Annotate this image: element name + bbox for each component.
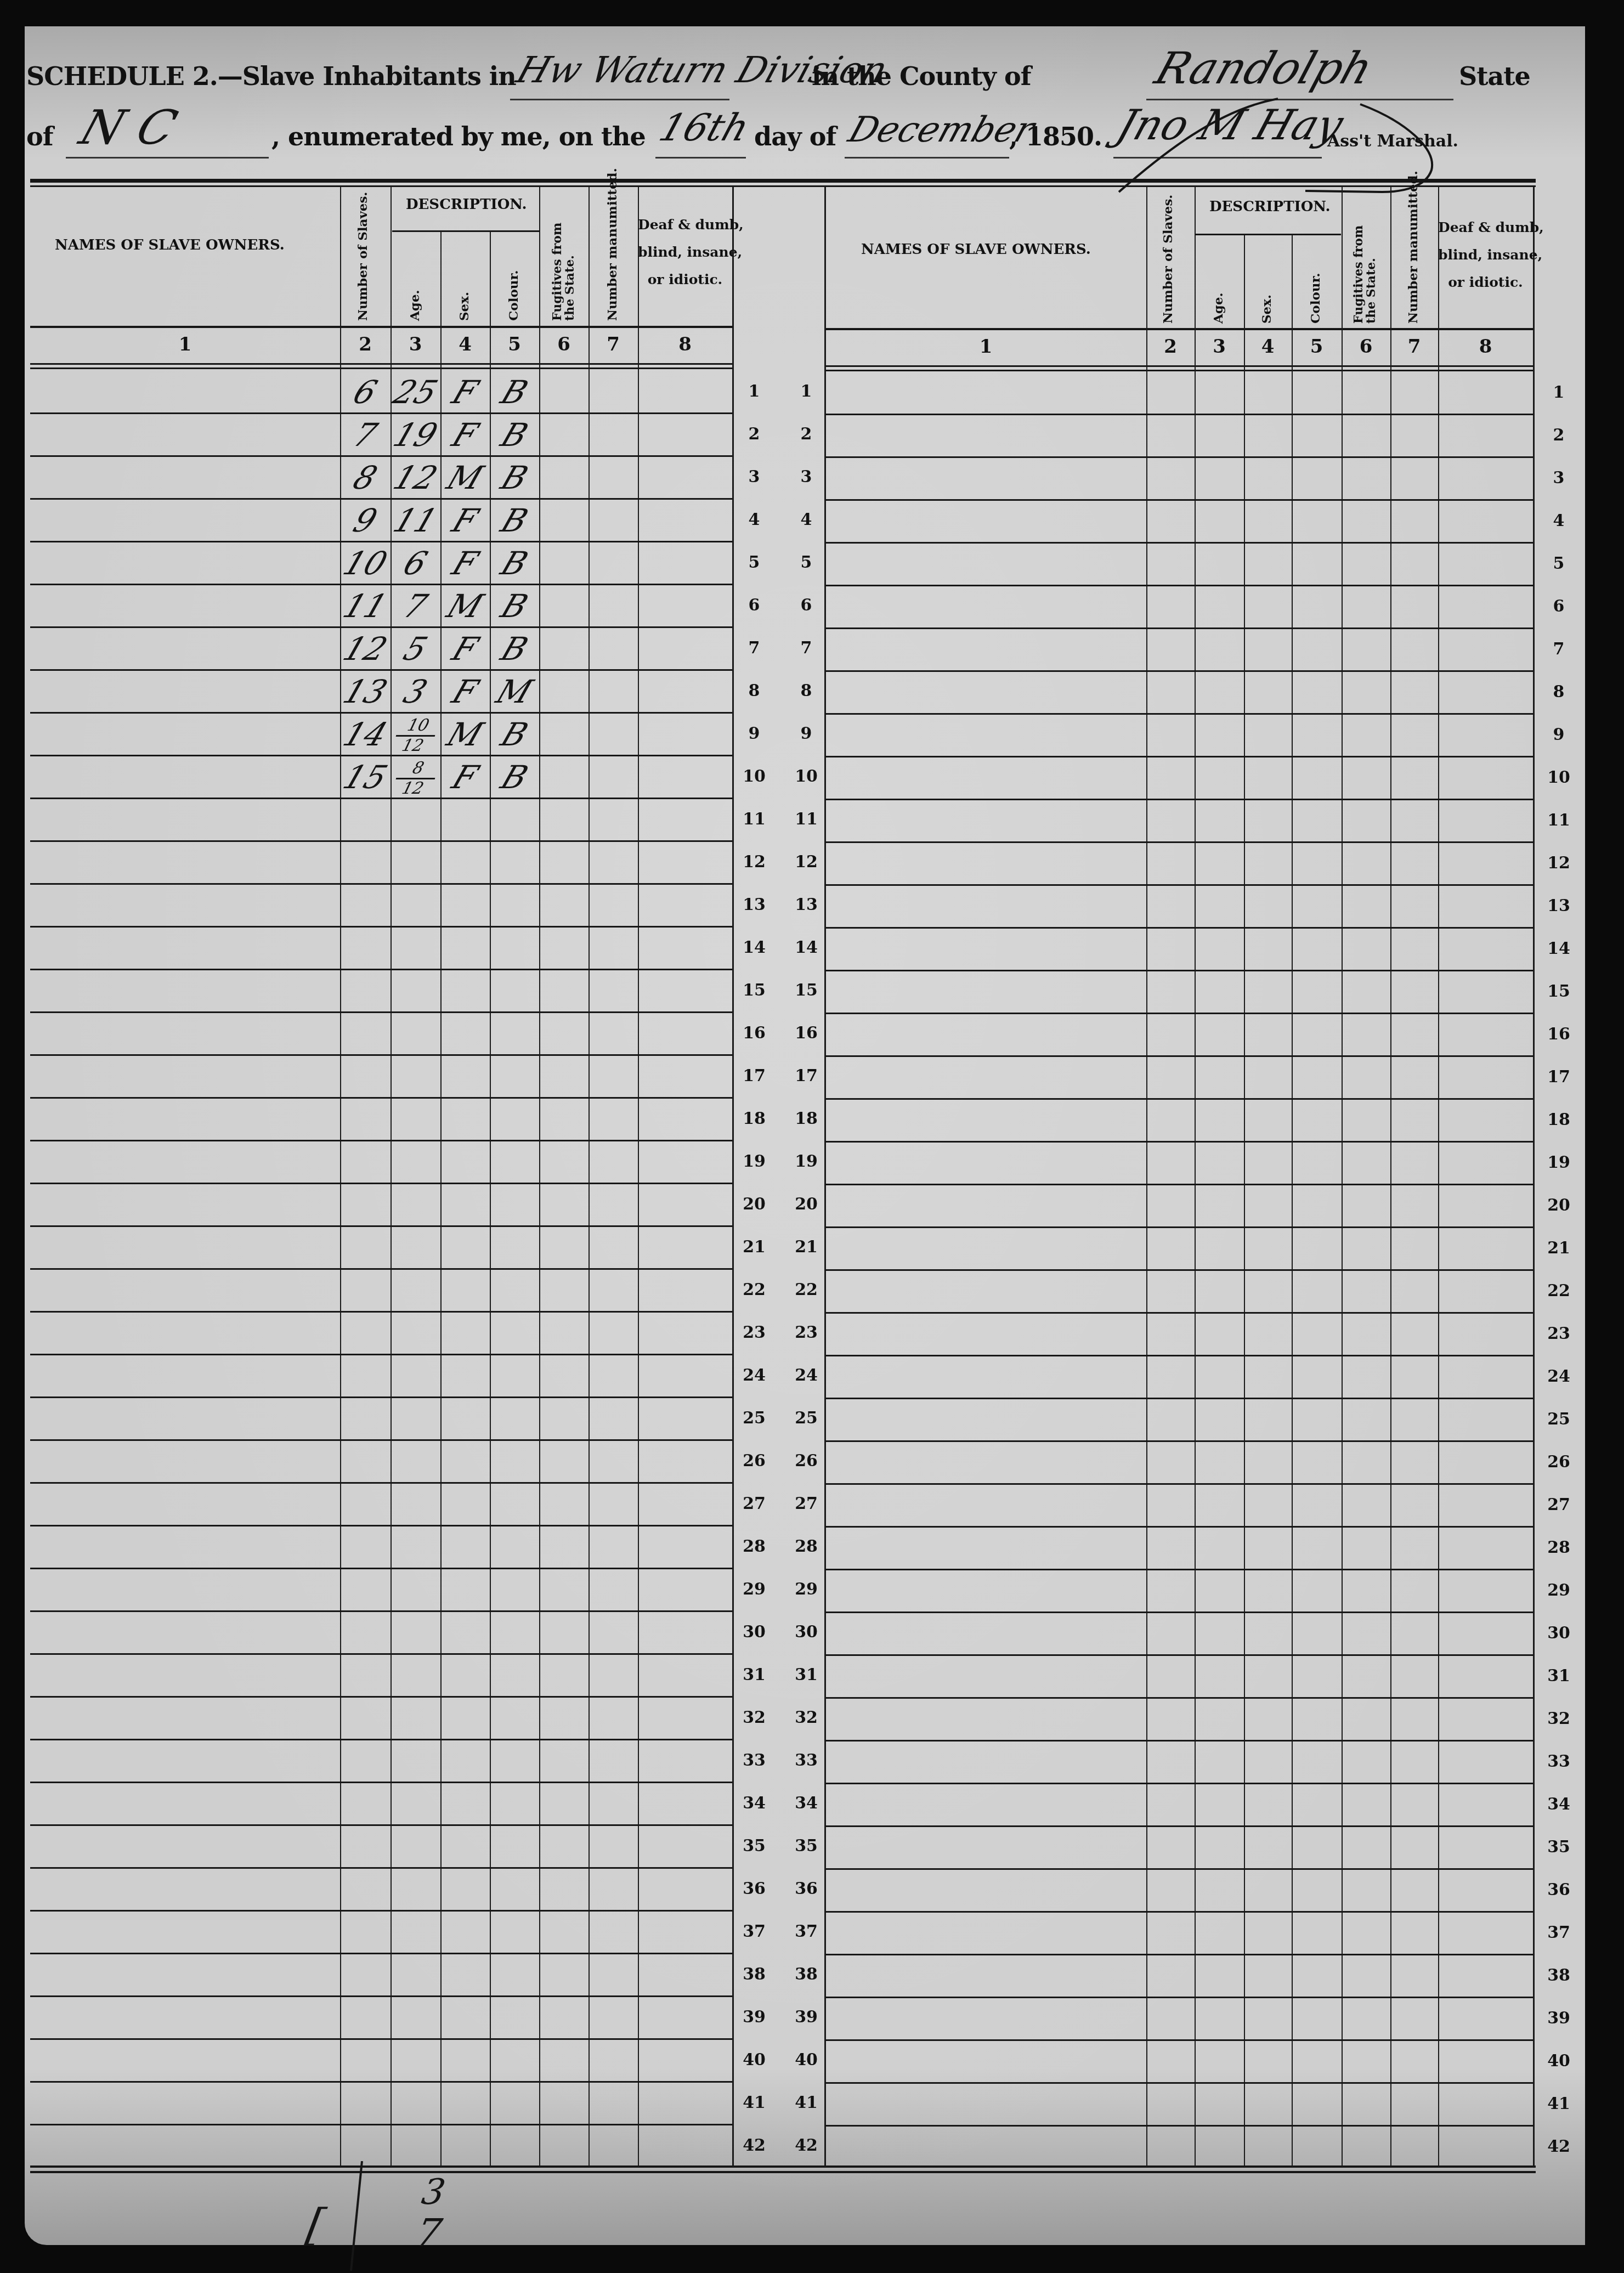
right-fugitives-cell bbox=[1342, 1825, 1390, 1868]
right-number-cell bbox=[1146, 1740, 1195, 1783]
right-number-cell bbox=[1146, 585, 1195, 627]
left-age-cell bbox=[391, 799, 440, 841]
right-colnum-5: 5 bbox=[1292, 336, 1342, 358]
left-owner-name-cell bbox=[30, 1184, 340, 1226]
left-manumitted-cell bbox=[589, 1997, 638, 2039]
right-age-cell bbox=[1195, 627, 1244, 670]
left-deaf-blind-cell bbox=[638, 1226, 732, 1269]
left-manumitted-cell bbox=[589, 2039, 638, 2082]
left-deaf-blind-cell bbox=[638, 1825, 732, 1868]
row-number-left-strip: 33 bbox=[738, 1751, 771, 1770]
right-colour-cell bbox=[1292, 927, 1342, 970]
left-owner-name-cell bbox=[30, 1954, 340, 1997]
right-age-cell bbox=[1195, 1612, 1244, 1654]
left-fugitives-cell bbox=[539, 456, 589, 499]
right-owner-name-cell bbox=[825, 1697, 1146, 1740]
right-owner-name-cell bbox=[825, 1226, 1146, 1269]
right-fugitives-cell bbox=[1342, 1526, 1390, 1569]
right-header-sex: Sex. bbox=[1260, 277, 1274, 324]
left-colour-cell bbox=[490, 1312, 539, 1355]
right-owner-name-cell bbox=[825, 414, 1146, 456]
row-number-left-strip: 18 bbox=[738, 1109, 771, 1128]
row-number-right-strip: 33 bbox=[790, 1751, 823, 1770]
left-age-cell bbox=[391, 970, 440, 1013]
right-number-cell bbox=[1146, 2082, 1195, 2125]
right-sex-cell bbox=[1244, 1312, 1292, 1355]
right-age-cell bbox=[1195, 2082, 1244, 2125]
left-deaf-blind-cell bbox=[638, 970, 732, 1013]
right-sex-cell bbox=[1244, 1612, 1292, 1654]
right-sex-cell bbox=[1244, 1098, 1292, 1141]
right-colour-cell bbox=[1292, 1098, 1342, 1141]
right-sex-cell bbox=[1244, 371, 1292, 414]
left-sex-cell bbox=[440, 1055, 490, 1098]
right-fugitives-cell bbox=[1342, 1783, 1390, 1825]
right-header-description: DESCRIPTION. bbox=[1209, 199, 1330, 215]
left-fugitives-cell bbox=[539, 1398, 589, 1440]
right-age-cell bbox=[1195, 1141, 1244, 1184]
left-fugitives-cell bbox=[539, 1911, 589, 1954]
right-age-cell bbox=[1195, 841, 1244, 884]
left-deaf-blind-cell bbox=[638, 371, 732, 414]
right-colour-cell bbox=[1292, 1355, 1342, 1398]
right-fugitives-cell bbox=[1342, 1954, 1390, 1997]
of-label: of bbox=[26, 122, 53, 151]
row-number-right-strip: 12 bbox=[790, 852, 823, 872]
right-owner-name-cell bbox=[825, 1269, 1146, 1312]
left-colnum-rule-1 bbox=[30, 363, 732, 365]
left-sex-cell bbox=[440, 1355, 490, 1398]
row-number-right-strip: 23 bbox=[790, 1323, 823, 1342]
right-sex-cell bbox=[1244, 1483, 1292, 1526]
left-deaf-blind-cell bbox=[638, 1398, 732, 1440]
row-number-right-strip: 26 bbox=[790, 1451, 823, 1471]
right-fugitives-cell bbox=[1342, 1355, 1390, 1398]
left-deaf-blind-cell bbox=[638, 884, 732, 927]
right-colour-cell bbox=[1292, 841, 1342, 884]
left-colnum-4: 4 bbox=[440, 333, 490, 355]
right-age-cell bbox=[1195, 585, 1244, 627]
left-colnum-2: 2 bbox=[340, 333, 391, 355]
left-colour-cell bbox=[490, 1184, 539, 1226]
row-number-right-margin: 17 bbox=[1542, 1067, 1575, 1087]
row-number-right-strip: 2 bbox=[790, 425, 823, 444]
right-age-cell bbox=[1195, 970, 1244, 1013]
left-number-cell bbox=[340, 1697, 391, 1740]
right-sex-cell bbox=[1244, 1868, 1292, 1911]
row-number-right-margin: 11 bbox=[1542, 811, 1575, 830]
right-age-cell bbox=[1195, 1868, 1244, 1911]
row-number-left-strip: 17 bbox=[738, 1066, 771, 1085]
left-manumitted-cell bbox=[589, 884, 638, 927]
row-number-left-strip: 5 bbox=[738, 553, 771, 572]
row-number-right-margin: 37 bbox=[1542, 1923, 1575, 1942]
right-owner-name-cell bbox=[825, 1868, 1146, 1911]
left-owner-name-cell bbox=[30, 585, 340, 627]
row-number-right-margin: 10 bbox=[1542, 768, 1575, 787]
row-number-right-strip: 22 bbox=[790, 1280, 823, 1299]
right-deaf-blind-cell bbox=[1438, 884, 1533, 927]
row-number-left-strip: 12 bbox=[738, 852, 771, 872]
year-label: , 1850. bbox=[1009, 122, 1102, 151]
left-sex-cell bbox=[440, 1440, 490, 1483]
right-colour-cell bbox=[1292, 1697, 1342, 1740]
left-colnum-7: 7 bbox=[589, 333, 638, 355]
left-number-cell bbox=[340, 1055, 391, 1098]
row-number-left-strip: 6 bbox=[738, 596, 771, 615]
right-age-cell bbox=[1195, 1911, 1244, 1954]
right-header-age: Age. bbox=[1212, 277, 1225, 324]
right-deaf-blind-cell bbox=[1438, 713, 1533, 756]
left-deaf-blind-cell bbox=[638, 542, 732, 585]
left-owner-name-cell bbox=[30, 799, 340, 841]
left-header-description: DESCRIPTION. bbox=[406, 196, 527, 213]
left-age-cell bbox=[391, 1697, 440, 1740]
left-manumitted-cell bbox=[589, 1141, 638, 1184]
row-number-right-margin: 6 bbox=[1542, 597, 1575, 616]
left-colour-cell bbox=[490, 1355, 539, 1398]
row-number-right-strip: 9 bbox=[790, 724, 823, 743]
row-number-right-margin: 32 bbox=[1542, 1709, 1575, 1728]
right-sex-cell bbox=[1244, 2082, 1292, 2125]
left-fugitives-cell bbox=[539, 1184, 589, 1226]
right-deaf-blind-cell bbox=[1438, 1654, 1533, 1697]
right-fugitives-cell bbox=[1342, 585, 1390, 627]
left-sex-cell bbox=[440, 799, 490, 841]
right-manumitted-cell bbox=[1390, 1184, 1438, 1226]
left-number-cell bbox=[340, 1569, 391, 1612]
right-header-colour: Colour. bbox=[1309, 261, 1322, 324]
right-number-cell bbox=[1146, 456, 1195, 499]
left-fugitives-cell bbox=[539, 1440, 589, 1483]
right-sex-cell bbox=[1244, 1654, 1292, 1697]
left-number-cell bbox=[340, 1526, 391, 1569]
right-colour-cell bbox=[1292, 713, 1342, 756]
left-sex-cell bbox=[440, 2082, 490, 2125]
row-number-right-margin: 16 bbox=[1542, 1025, 1575, 1044]
row-number-left-strip: 38 bbox=[738, 1965, 771, 1984]
right-number-cell bbox=[1146, 756, 1195, 799]
right-sex-cell bbox=[1244, 756, 1292, 799]
left-number-cell bbox=[340, 1269, 391, 1312]
right-number-cell bbox=[1146, 1398, 1195, 1440]
left-number-cell bbox=[340, 884, 391, 927]
row-number-right-strip: 18 bbox=[790, 1109, 823, 1128]
left-deaf-blind-cell bbox=[638, 713, 732, 756]
left-owner-name-cell bbox=[30, 1911, 340, 1954]
right-fugitives-cell bbox=[1342, 1740, 1390, 1783]
row-number-left-strip: 30 bbox=[738, 1622, 771, 1642]
left-sex-cell bbox=[440, 1398, 490, 1440]
row-number-right-margin: 42 bbox=[1542, 2137, 1575, 2156]
left-sex-cell bbox=[440, 1098, 490, 1141]
right-deaf-blind-cell bbox=[1438, 2082, 1533, 2125]
left-header-sex: Sex. bbox=[458, 274, 471, 321]
right-manumitted-cell bbox=[1390, 1868, 1438, 1911]
right-deaf-blind-cell bbox=[1438, 1954, 1533, 1997]
right-owner-name-cell bbox=[825, 627, 1146, 670]
left-colour-cell bbox=[490, 1569, 539, 1612]
right-sex-cell bbox=[1244, 1355, 1292, 1398]
row-number-right-strip: 1 bbox=[790, 382, 823, 401]
left-deaf-blind-cell bbox=[638, 841, 732, 884]
right-owner-name-cell bbox=[825, 841, 1146, 884]
left-number-cell bbox=[340, 1440, 391, 1483]
right-age-cell bbox=[1195, 1013, 1244, 1055]
left-fugitives-cell bbox=[539, 1997, 589, 2039]
right-sex-cell bbox=[1244, 670, 1292, 713]
right-sex-cell bbox=[1244, 1954, 1292, 1997]
right-owner-name-cell bbox=[825, 1483, 1146, 1526]
left-header-bottom-rule bbox=[30, 326, 732, 328]
left-header-age: Age. bbox=[409, 274, 422, 321]
right-deaf-blind-cell bbox=[1438, 927, 1533, 970]
right-owner-name-cell bbox=[825, 1312, 1146, 1355]
left-sex-cell bbox=[440, 1697, 490, 1740]
right-sex-cell bbox=[1244, 1440, 1292, 1483]
schedule-label: SCHEDULE 2.—Slave Inhabitants in bbox=[26, 61, 516, 91]
left-deaf-blind-cell bbox=[638, 2082, 732, 2125]
row-number-right-margin: 19 bbox=[1542, 1153, 1575, 1172]
row-number-right-strip: 8 bbox=[790, 681, 823, 700]
right-manumitted-cell bbox=[1390, 670, 1438, 713]
right-number-cell bbox=[1146, 1526, 1195, 1569]
left-owner-name-cell bbox=[30, 970, 340, 1013]
right-fugitives-cell bbox=[1342, 1098, 1390, 1141]
right-fugitives-cell bbox=[1342, 2125, 1390, 2168]
left-fugitives-cell bbox=[539, 1013, 589, 1055]
left-number-cell bbox=[340, 970, 391, 1013]
right-colour-cell bbox=[1292, 542, 1342, 585]
right-owner-name-cell bbox=[825, 1398, 1146, 1440]
right-deaf-blind-cell bbox=[1438, 585, 1533, 627]
row-number-right-margin: 8 bbox=[1542, 682, 1575, 702]
left-sex-cell bbox=[440, 1868, 490, 1911]
left-fugitives-cell bbox=[539, 627, 589, 670]
row-number-right-margin: 24 bbox=[1542, 1367, 1575, 1386]
row-number-right-margin: 41 bbox=[1542, 2094, 1575, 2113]
right-number-cell bbox=[1146, 1825, 1195, 1868]
right-table-right-border bbox=[1533, 186, 1535, 2167]
right-manumitted-cell bbox=[1390, 1612, 1438, 1654]
right-number-cell bbox=[1146, 627, 1195, 670]
left-deaf-blind-cell bbox=[638, 456, 732, 499]
right-number-cell bbox=[1146, 1013, 1195, 1055]
left-number-cell bbox=[340, 1184, 391, 1226]
left-owner-name-cell bbox=[30, 927, 340, 970]
right-header-fugitives: Fugitives from the State. bbox=[1353, 200, 1380, 324]
right-age-cell bbox=[1195, 456, 1244, 499]
row-number-left-strip: 39 bbox=[738, 2008, 771, 2027]
right-deaf-blind-cell bbox=[1438, 2039, 1533, 2082]
right-age-cell bbox=[1195, 1226, 1244, 1269]
left-manumitted-cell bbox=[589, 1868, 638, 1911]
right-colour-cell bbox=[1292, 1954, 1342, 1997]
row-number-right-margin: 4 bbox=[1542, 511, 1575, 530]
left-fugitives-cell bbox=[539, 1098, 589, 1141]
left-sex-cell bbox=[440, 1269, 490, 1312]
row-number-right-strip: 14 bbox=[790, 938, 823, 957]
left-sex-cell bbox=[440, 1740, 490, 1783]
row-number-right-strip: 35 bbox=[790, 1836, 823, 1856]
left-sex-cell bbox=[440, 1569, 490, 1612]
left-manumitted-cell bbox=[589, 414, 638, 456]
left-colour-cell bbox=[490, 1911, 539, 1954]
left-fugitives-cell bbox=[539, 1654, 589, 1697]
left-number-cell bbox=[340, 1740, 391, 1783]
day-handwritten: 16th bbox=[655, 110, 754, 147]
left-fugitives-cell bbox=[539, 713, 589, 756]
left-age-cell bbox=[391, 884, 440, 927]
row-number-right-strip: 37 bbox=[790, 1922, 823, 1941]
row-number-right-strip: 11 bbox=[790, 810, 823, 829]
right-colour-cell bbox=[1292, 1141, 1342, 1184]
right-age-cell bbox=[1195, 713, 1244, 756]
left-owner-name-cell bbox=[30, 1398, 340, 1440]
right-deaf-blind-cell bbox=[1438, 414, 1533, 456]
left-age-cell bbox=[391, 1654, 440, 1697]
left-manumitted-cell bbox=[589, 1440, 638, 1483]
right-number-cell bbox=[1146, 414, 1195, 456]
right-sex-cell bbox=[1244, 1055, 1292, 1098]
right-colour-cell bbox=[1292, 670, 1342, 713]
right-manumitted-cell bbox=[1390, 1398, 1438, 1440]
left-deaf-blind-cell bbox=[638, 585, 732, 627]
right-owner-name-cell bbox=[825, 1526, 1146, 1569]
right-colour-cell bbox=[1292, 1055, 1342, 1098]
right-colour-cell bbox=[1292, 585, 1342, 627]
right-fugitives-cell bbox=[1342, 927, 1390, 970]
right-owner-name-cell bbox=[825, 927, 1146, 970]
row-number-left-strip: 29 bbox=[738, 1580, 771, 1599]
right-age-cell bbox=[1195, 1355, 1244, 1398]
row-number-right-strip: 7 bbox=[790, 638, 823, 658]
right-manumitted-cell bbox=[1390, 1355, 1438, 1398]
right-fugitives-cell bbox=[1342, 756, 1390, 799]
left-age-cell bbox=[391, 1184, 440, 1226]
left-deaf-blind-cell bbox=[638, 1569, 732, 1612]
right-manumitted-cell bbox=[1390, 1783, 1438, 1825]
right-manumitted-cell bbox=[1390, 1997, 1438, 2039]
left-owner-name-cell bbox=[30, 1269, 340, 1312]
right-number-cell bbox=[1146, 1569, 1195, 1612]
left-age-cell bbox=[391, 1612, 440, 1654]
left-owner-name-cell bbox=[30, 1868, 340, 1911]
left-age-cell bbox=[391, 1868, 440, 1911]
left-manumitted-cell bbox=[589, 1398, 638, 1440]
left-fugitives-cell bbox=[539, 1312, 589, 1355]
right-number-cell bbox=[1146, 1055, 1195, 1098]
left-age-cell bbox=[391, 1312, 440, 1355]
row-number-right-margin: 28 bbox=[1542, 1538, 1575, 1557]
right-age-cell bbox=[1195, 1697, 1244, 1740]
right-fugitives-cell bbox=[1342, 970, 1390, 1013]
right-fugitives-cell bbox=[1342, 1398, 1390, 1440]
right-number-cell bbox=[1146, 2125, 1195, 2168]
right-fugitives-cell bbox=[1342, 499, 1390, 542]
right-owner-name-cell bbox=[825, 585, 1146, 627]
right-fugitives-cell bbox=[1342, 670, 1390, 713]
left-colour-cell bbox=[490, 1697, 539, 1740]
left-manumitted-cell bbox=[589, 1612, 638, 1654]
left-owner-name-cell bbox=[30, 371, 340, 414]
right-colour-cell bbox=[1292, 1013, 1342, 1055]
left-manumitted-cell bbox=[589, 542, 638, 585]
right-fugitives-cell bbox=[1342, 1269, 1390, 1312]
row-number-right-strip: 40 bbox=[790, 2050, 823, 2070]
right-deaf-blind-cell bbox=[1438, 2125, 1533, 2168]
left-manumitted-cell bbox=[589, 841, 638, 884]
row-number-left-strip: 40 bbox=[738, 2050, 771, 2070]
right-owner-name-cell bbox=[825, 1825, 1146, 1868]
right-deaf-blind-cell bbox=[1438, 1483, 1533, 1526]
left-deaf-blind-cell bbox=[638, 670, 732, 713]
left-number-cell bbox=[340, 1654, 391, 1697]
right-age-cell bbox=[1195, 1654, 1244, 1697]
right-number-cell bbox=[1146, 2039, 1195, 2082]
left-owner-name-cell bbox=[30, 1355, 340, 1398]
right-colour-cell bbox=[1292, 414, 1342, 456]
right-colour-cell bbox=[1292, 1911, 1342, 1954]
county-handwritten: Randolph bbox=[1150, 47, 1378, 91]
left-deaf-blind-cell bbox=[638, 1269, 732, 1312]
right-owner-name-cell bbox=[825, 1013, 1146, 1055]
right-owner-name-cell bbox=[825, 970, 1146, 1013]
right-sex-cell bbox=[1244, 627, 1292, 670]
right-age-cell bbox=[1195, 1098, 1244, 1141]
left-colour-cell bbox=[490, 2039, 539, 2082]
right-owner-name-cell bbox=[825, 1355, 1146, 1398]
row-number-left-strip: 23 bbox=[738, 1323, 771, 1342]
left-deaf-blind-cell bbox=[638, 1013, 732, 1055]
left-owner-name-cell bbox=[30, 713, 340, 756]
right-manumitted-cell bbox=[1390, 1526, 1438, 1569]
left-deaf-blind-cell bbox=[638, 2125, 732, 2168]
right-sex-cell bbox=[1244, 799, 1292, 841]
left-colour-cell bbox=[490, 1013, 539, 1055]
right-age-cell bbox=[1195, 1440, 1244, 1483]
right-deaf-blind-cell bbox=[1438, 1526, 1533, 1569]
left-owner-name-cell bbox=[30, 1013, 340, 1055]
right-age-cell bbox=[1195, 371, 1244, 414]
right-deaf-blind-cell bbox=[1438, 1013, 1533, 1055]
row-number-right-strip: 4 bbox=[790, 510, 823, 529]
right-colnum-3: 3 bbox=[1195, 336, 1244, 358]
right-age-cell bbox=[1195, 499, 1244, 542]
row-number-left-strip: 13 bbox=[738, 895, 771, 914]
right-sex-cell bbox=[1244, 585, 1292, 627]
right-header-bottom-rule bbox=[825, 328, 1533, 330]
right-owner-name-cell bbox=[825, 456, 1146, 499]
row-number-left-strip: 3 bbox=[738, 467, 771, 487]
right-fugitives-cell bbox=[1342, 799, 1390, 841]
left-colour-cell bbox=[490, 970, 539, 1013]
row-number-left-strip: 14 bbox=[738, 938, 771, 957]
row-number-right-strip: 5 bbox=[790, 553, 823, 572]
right-number-cell bbox=[1146, 1098, 1195, 1141]
right-sex-cell bbox=[1244, 1226, 1292, 1269]
left-fugitives-cell bbox=[539, 414, 589, 456]
left-colour-cell bbox=[490, 1055, 539, 1098]
row-number-right-strip: 10 bbox=[790, 767, 823, 786]
right-manumitted-cell bbox=[1390, 1141, 1438, 1184]
left-colnum-5: 5 bbox=[490, 333, 539, 355]
left-owner-name-cell bbox=[30, 756, 340, 799]
left-number-cell bbox=[340, 1355, 391, 1398]
right-age-cell bbox=[1195, 670, 1244, 713]
right-colour-cell bbox=[1292, 1825, 1342, 1868]
left-sex-cell bbox=[440, 884, 490, 927]
